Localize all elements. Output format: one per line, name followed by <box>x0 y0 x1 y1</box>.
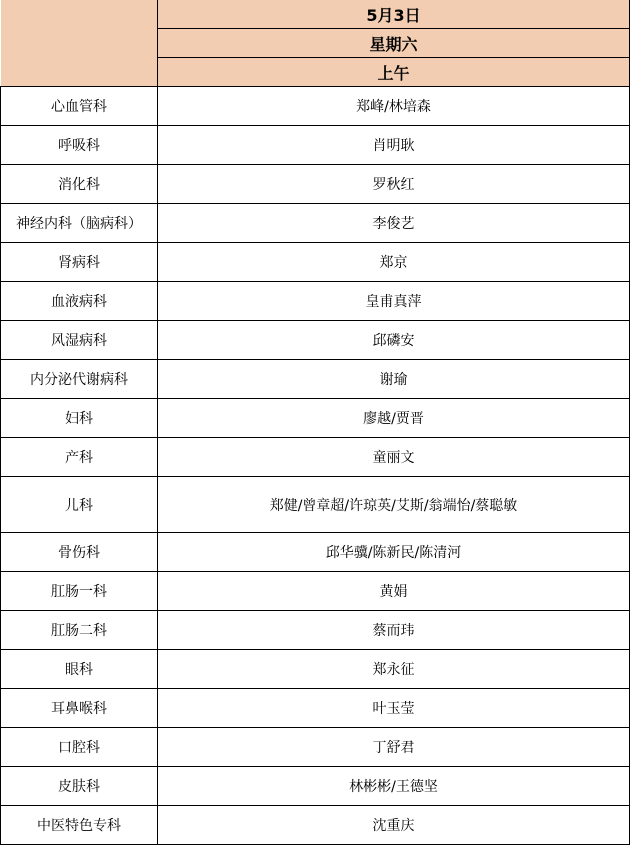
table-row: 肛肠一科 黄娟 <box>1 572 630 611</box>
doctors-cell: 沈重庆 <box>158 806 630 845</box>
department-cell: 皮肤科 <box>1 767 158 806</box>
doctors-cell: 邱磷安 <box>158 321 630 360</box>
header-date-cell: 5月3日 <box>158 0 630 29</box>
table-row: 神经内科（脑病科） 李俊艺 <box>1 204 630 243</box>
doctors-cell: 丁舒君 <box>158 728 630 767</box>
table-row: 心血管科 郑峰/林培森 <box>1 87 630 126</box>
department-cell: 中医特色专科 <box>1 806 158 845</box>
department-cell: 儿科 <box>1 477 158 533</box>
table-row: 耳鼻喉科 叶玉莹 <box>1 689 630 728</box>
table-row: 中医特色专科 沈重庆 <box>1 806 630 845</box>
table-row: 口腔科 丁舒君 <box>1 728 630 767</box>
table-row: 肾病科 郑京 <box>1 243 630 282</box>
doctors-cell: 李俊艺 <box>158 204 630 243</box>
doctors-cell: 蔡而玮 <box>158 611 630 650</box>
corner-cell <box>1 0 158 87</box>
schedule-body: 心血管科 郑峰/林培森 呼吸科 肖明耿 消化科 罗秋红 神经内科（脑病科） 李俊… <box>1 87 630 845</box>
department-cell: 内分泌代谢病科 <box>1 360 158 399</box>
table-row: 血液病科 皇甫真萍 <box>1 282 630 321</box>
department-cell: 耳鼻喉科 <box>1 689 158 728</box>
header-weekday-cell: 星期六 <box>158 29 630 58</box>
table-row: 皮肤科 林彬彬/王德坚 <box>1 767 630 806</box>
table-row: 风湿病科 邱磷安 <box>1 321 630 360</box>
table-row: 儿科 郑健/曾章超/许琼英/艾斯/翁端怡/蔡聪敏 <box>1 477 630 533</box>
department-cell: 呼吸科 <box>1 126 158 165</box>
doctors-cell: 廖越/贾晋 <box>158 399 630 438</box>
doctors-cell: 谢瑜 <box>158 360 630 399</box>
doctors-cell: 邱华骥/陈新民/陈清河 <box>158 533 630 572</box>
department-cell: 血液病科 <box>1 282 158 321</box>
doctors-cell: 罗秋红 <box>158 165 630 204</box>
department-cell: 风湿病科 <box>1 321 158 360</box>
doctors-cell: 郑京 <box>158 243 630 282</box>
table-row: 呼吸科 肖明耿 <box>1 126 630 165</box>
table-row: 产科 童丽文 <box>1 438 630 477</box>
table-row: 消化科 罗秋红 <box>1 165 630 204</box>
department-cell: 产科 <box>1 438 158 477</box>
doctors-cell: 叶玉莹 <box>158 689 630 728</box>
table-row: 内分泌代谢病科 谢瑜 <box>1 360 630 399</box>
header-row-date: 5月3日 <box>1 0 630 29</box>
table-row: 骨伤科 邱华骥/陈新民/陈清河 <box>1 533 630 572</box>
doctors-cell: 皇甫真萍 <box>158 282 630 321</box>
department-cell: 妇科 <box>1 399 158 438</box>
table-row: 肛肠二科 蔡而玮 <box>1 611 630 650</box>
doctors-cell: 郑峰/林培森 <box>158 87 630 126</box>
doctors-cell: 林彬彬/王德坚 <box>158 767 630 806</box>
schedule-table: 5月3日 星期六 上午 心血管科 郑峰/林培森 呼吸科 肖明耿 消化科 罗秋红 … <box>0 0 630 845</box>
doctors-cell: 黄娟 <box>158 572 630 611</box>
department-cell: 口腔科 <box>1 728 158 767</box>
department-cell: 消化科 <box>1 165 158 204</box>
department-cell: 神经内科（脑病科） <box>1 204 158 243</box>
department-cell: 骨伤科 <box>1 533 158 572</box>
department-cell: 肛肠一科 <box>1 572 158 611</box>
doctors-cell: 童丽文 <box>158 438 630 477</box>
doctors-cell: 郑健/曾章超/许琼英/艾斯/翁端怡/蔡聪敏 <box>158 477 630 533</box>
table-row: 眼科 郑永征 <box>1 650 630 689</box>
department-cell: 肛肠二科 <box>1 611 158 650</box>
doctors-cell: 郑永征 <box>158 650 630 689</box>
doctors-cell: 肖明耿 <box>158 126 630 165</box>
table-row: 妇科 廖越/贾晋 <box>1 399 630 438</box>
department-cell: 眼科 <box>1 650 158 689</box>
department-cell: 肾病科 <box>1 243 158 282</box>
schedule-header: 5月3日 星期六 上午 <box>1 0 630 87</box>
header-period-cell: 上午 <box>158 58 630 87</box>
department-cell: 心血管科 <box>1 87 158 126</box>
